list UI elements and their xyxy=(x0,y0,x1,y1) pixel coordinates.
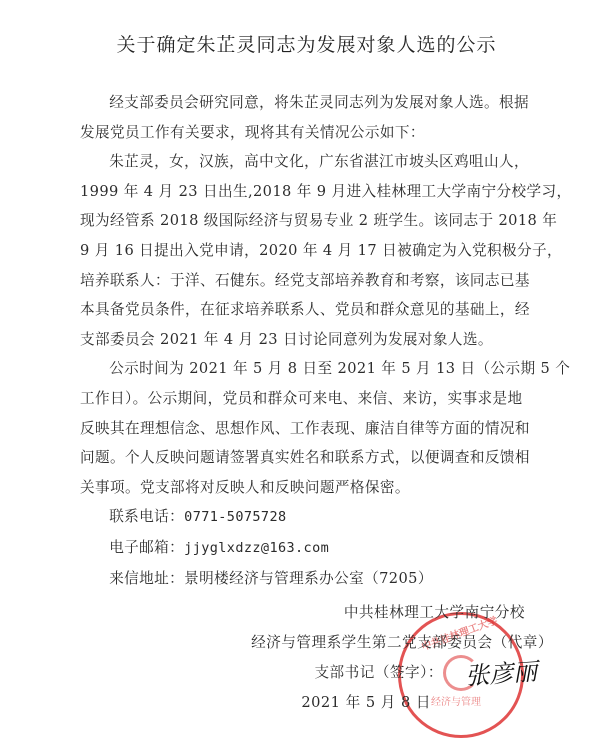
text-line: 反映其在理想信念、思想作风、工作表现、廉洁自律等方面的情况和 xyxy=(51,414,546,444)
text-line: 支部委员会 2021 年 4 月 23 日讨论同意列为发展对象人选。 xyxy=(51,325,546,355)
text-line: 问题。个人反映问题请签署真实姓名和联系方式，以便调查和反馈相 xyxy=(51,443,546,473)
phone-number[interactable]: 0771-5075728 xyxy=(184,509,286,525)
contact-email: 电子邮箱：jjyglxdzz@163.com xyxy=(80,533,546,564)
email-label: 电子邮箱： xyxy=(109,539,184,556)
text-line: 9 月 16 日提出入党申请，2020 年 4 月 17 日被确定为入党积极分子… xyxy=(51,236,546,266)
address-label: 来信地址： xyxy=(109,570,184,587)
text-line: 本具备党员条件，在征求培养联系人、党员和群众意见的基础上，经 xyxy=(51,295,546,325)
handwritten-signature: 张彦丽 xyxy=(464,652,538,692)
contact-phone: 联系电话：0771-5075728 xyxy=(80,502,546,533)
email-address[interactable]: jjyglxdzz@163.com xyxy=(184,540,329,556)
contact-address: 来信地址：景明楼经济与管理系办公室（7205） xyxy=(80,564,546,594)
paragraph-intro: 经支部委员会研究同意，将朱芷灵同志列为发展对象人选。根据 发展党员工作有关要求，… xyxy=(80,88,546,147)
text-line: 工作日）。公示期间，党员和群众可来电、来信、来访，实事求是地 xyxy=(51,384,546,414)
mailing-address: 景明楼经济与管理系办公室（7205） xyxy=(184,570,433,587)
document-title: 关于确定朱芷灵同志为发展对象人选的公示 xyxy=(0,30,613,57)
paragraph-profile: 朱芷灵，女，汉族，高中文化，广东省湛江市坡头区鸡咀山人， 1999 年 4 月 … xyxy=(80,147,546,354)
text-line: 关事项。党支部将对反映人和反映问题严格保密。 xyxy=(51,473,546,503)
text-line: 1999 年 4 月 23 日出生,2018 年 9 月进入桂林理工大学南宁分校… xyxy=(51,177,546,207)
paragraph-notice-period: 公示时间为 2021 年 5 月 8 日至 2021 年 5 月 13 日（公示… xyxy=(80,354,546,502)
text-line: 发展党员工作有关要求，现将其有关情况公示如下： xyxy=(51,118,546,148)
org-name-line1: 中共桂林理工大学南宁分校 xyxy=(251,598,525,628)
document-body: 经支部委员会研究同意，将朱芷灵同志列为发展对象人选。根据 发展党员工作有关要求，… xyxy=(80,88,546,593)
issue-date: 2021 年 5 月 8 日 xyxy=(251,688,431,718)
text-line: 培养联系人：于洋、石健东。经党支部培养教育和考察，该同志已基 xyxy=(51,266,546,296)
text-line: 经支部委员会研究同意，将朱芷灵同志列为发展对象人选。根据 xyxy=(80,88,546,118)
secretary-label: 支部书记（签字）： xyxy=(251,658,443,688)
phone-label: 联系电话： xyxy=(109,508,184,525)
text-line: 朱芷灵，女，汉族，高中文化，广东省湛江市坡头区鸡咀山人， xyxy=(80,147,546,177)
text-line: 现为经管系 2018 级国际经济与贸易专业 2 班学生。该同志于 2018 年 xyxy=(51,206,546,236)
text-line: 公示时间为 2021 年 5 月 8 日至 2021 年 5 月 13 日（公示… xyxy=(80,354,546,384)
